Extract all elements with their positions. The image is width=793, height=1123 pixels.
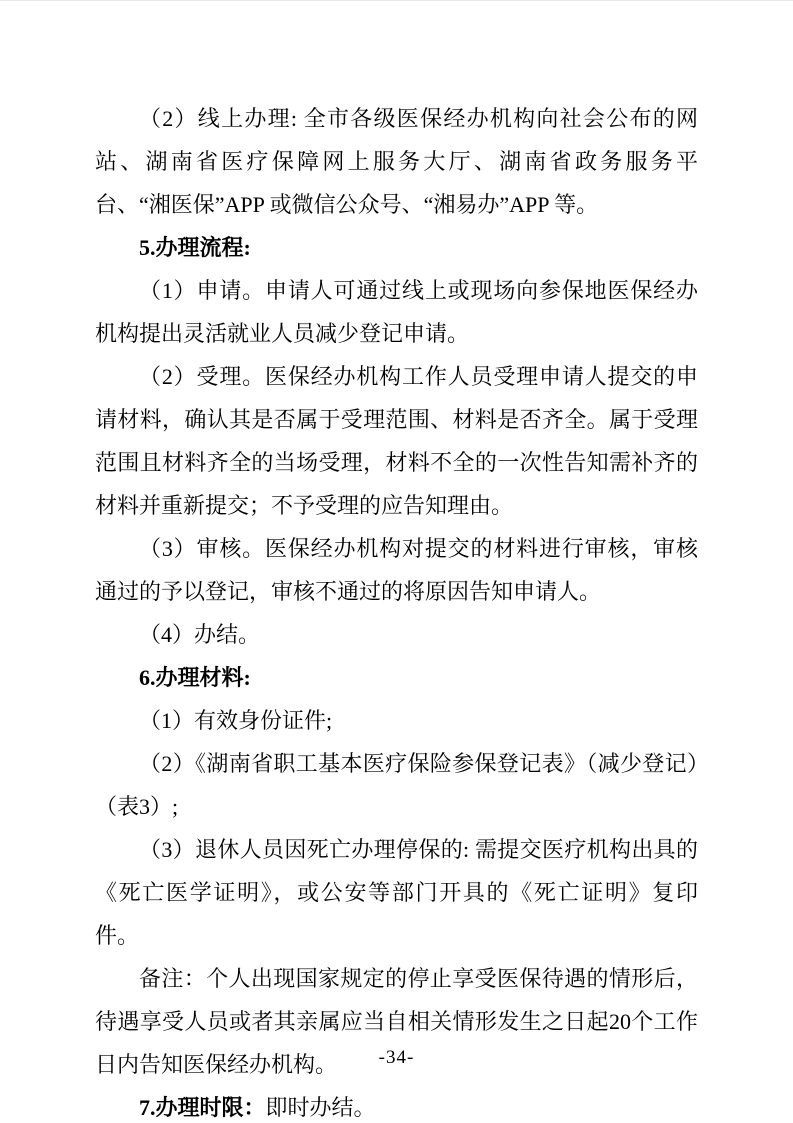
document-page: （2）线上办理: 全市各级医保经办机构向社会公布的网站、湖南省医疗保障网上服务大… [0,0,793,1123]
paragraph-step-review: （3）审核。医保经办机构对提交的材料进行审核，审核通过的予以登记，审核不通过的将… [95,527,698,613]
paragraph-material-death: （3）退休人员因死亡办理停保的: 需提交医疗机构出具的《死亡医学证明》，或公安等… [95,828,698,957]
paragraph-step-complete: （4）办结。 [95,613,698,656]
paragraph-material-id: （1）有效身份证件; [95,699,698,742]
document-body: （2）线上办理: 全市各级医保经办机构向社会公布的网站、湖南省医疗保障网上服务大… [95,97,698,1123]
heading-materials: 6.办理材料: [95,656,698,699]
paragraph-online-channels: （2）线上办理: 全市各级医保经办机构向社会公布的网站、湖南省医疗保障网上服务大… [95,97,698,226]
time-limit-text: 即时办结。 [266,1095,376,1120]
paragraph-material-form: （2）《湖南省职工基本医疗保险参保登记表》（减少登记）（表3）; [95,742,698,828]
paragraph-time-limit: 7.办理时限：即时办结。 [95,1086,698,1123]
heading-process: 5.办理流程: [95,226,698,269]
page-number: -34- [0,1047,793,1069]
paragraph-step-accept: （2）受理。医保经办机构工作人员受理申请人提交的申请材料，确认其是否属于受理范围… [95,355,698,527]
heading-time-limit: 7.办理时限： [139,1095,266,1120]
paragraph-step-apply: （1）申请。申请人可通过线上或现场向参保地医保经办机构提出灵活就业人员减少登记申… [95,269,698,355]
